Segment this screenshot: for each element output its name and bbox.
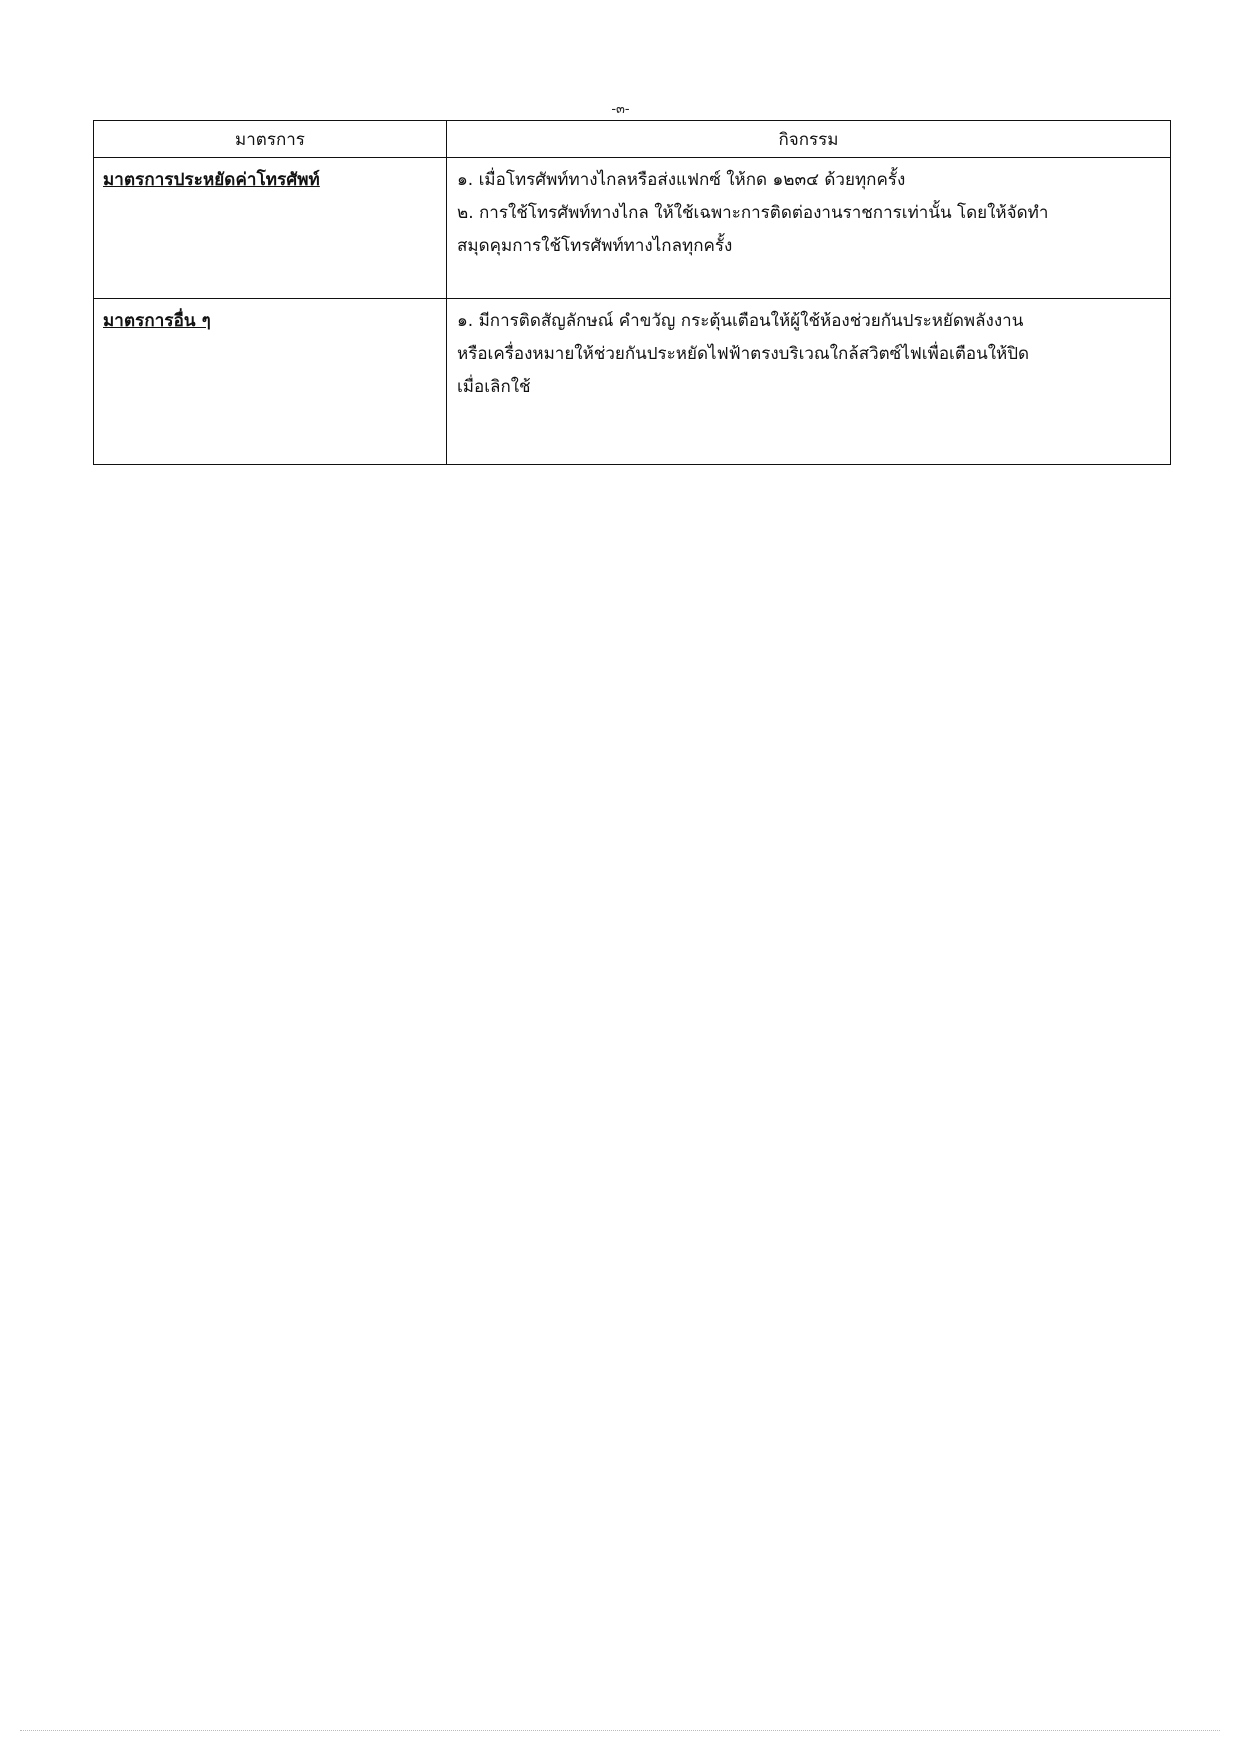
activity-line: เมื่อเลิกใช้ [457, 371, 1164, 404]
activity-line: ๑. มีการติดสัญลักษณ์ คำขวัญ กระตุ้นเตือน… [457, 305, 1164, 338]
measure-title-other: มาตรการอื่น ๆ [103, 311, 211, 331]
activity-line: ๑. เมื่อโทรศัพท์ทางไกลหรือส่งแฟกซ์ ให้กด… [457, 164, 1164, 197]
measure-title-phone-savings: มาตรการประหยัดค่าโทรศัพท์ [103, 170, 320, 190]
scan-artifact-divider [20, 1730, 1220, 1733]
measures-activities-table: มาตรการ กิจกรรม มาตรการประหยัดค่าโทรศัพท… [93, 120, 1171, 465]
page-number: -๓- [0, 98, 1241, 119]
table-header-row: มาตรการ กิจกรรม [94, 121, 1171, 158]
activity-cell: ๑. มีการติดสัญลักษณ์ คำขวัญ กระตุ้นเตือน… [447, 299, 1171, 465]
measure-cell: มาตรการอื่น ๆ [94, 299, 447, 465]
table-row: มาตรการประหยัดค่าโทรศัพท์ ๑. เมื่อโทรศัพ… [94, 158, 1171, 299]
header-activity: กิจกรรม [447, 121, 1171, 158]
measure-cell: มาตรการประหยัดค่าโทรศัพท์ [94, 158, 447, 299]
activity-line: สมุดคุมการใช้โทรศัพท์ทางไกลทุกครั้ง [457, 230, 1164, 263]
table-row: มาตรการอื่น ๆ ๑. มีการติดสัญลักษณ์ คำขวั… [94, 299, 1171, 465]
activity-line: หรือเครื่องหมายให้ช่วยกันประหยัดไฟฟ้าตรง… [457, 338, 1164, 371]
header-measure: มาตรการ [94, 121, 447, 158]
activity-line: ๒. การใช้โทรศัพท์ทางไกล ให้ใช้เฉพาะการติ… [457, 197, 1164, 230]
activity-cell: ๑. เมื่อโทรศัพท์ทางไกลหรือส่งแฟกซ์ ให้กด… [447, 158, 1171, 299]
